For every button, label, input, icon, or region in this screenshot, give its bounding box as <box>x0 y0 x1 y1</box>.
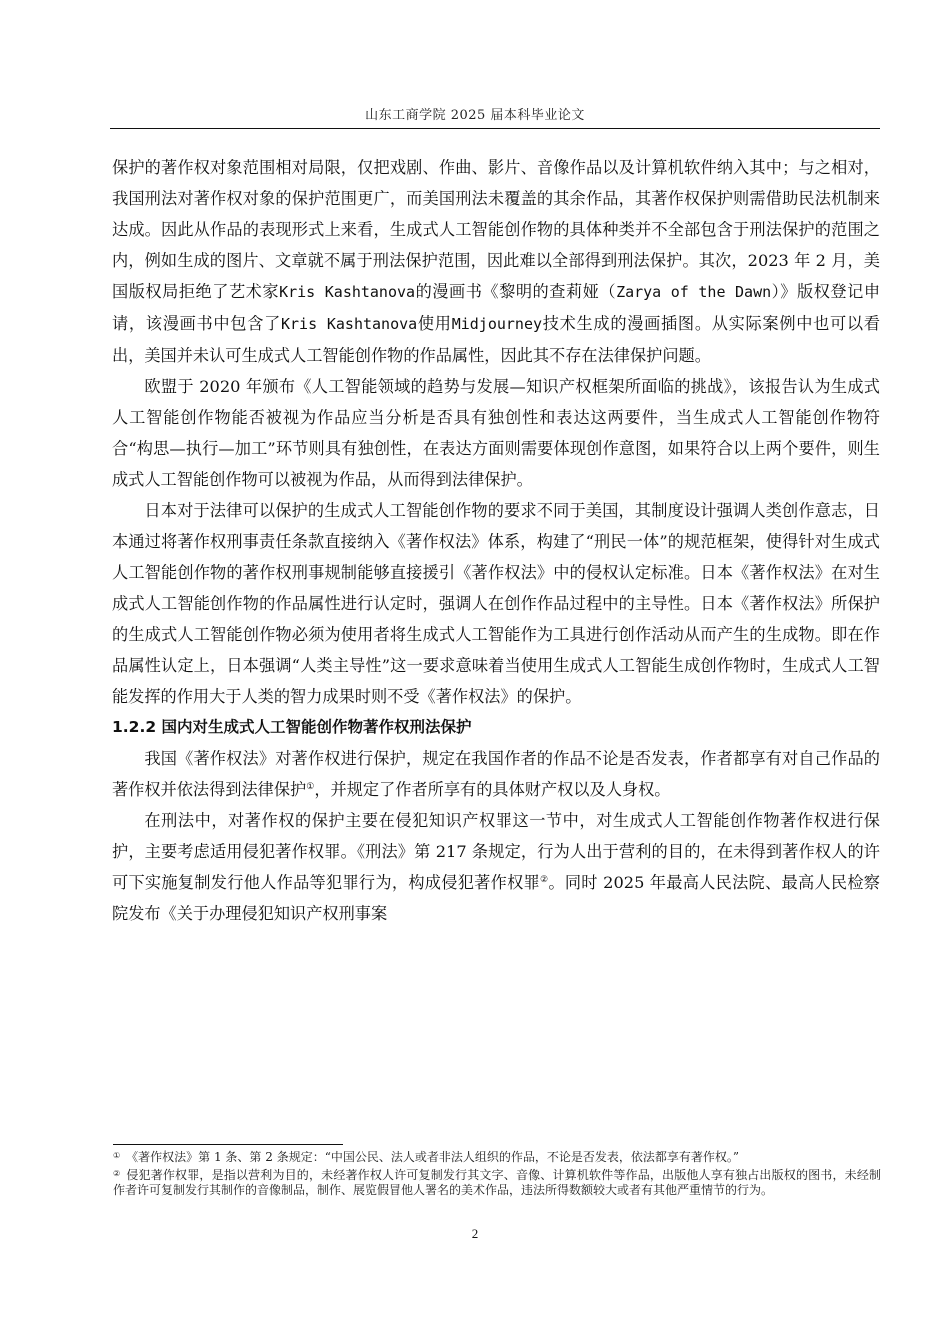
header-rule <box>110 128 880 129</box>
footnote-mark: ② <box>113 1169 120 1178</box>
footnote-text: 《著作权法》第 1 条、第 2 条规定：“中国公民、法人或者非法人组织的作品，不… <box>126 1150 739 1164</box>
paragraph-copyright-law: 我国《著作权法》对著作权进行保护，规定在我国作者的作品不论是否发表，作者都享有对… <box>112 743 880 805</box>
section-heading: 1.2.2 国内对生成式人工智能创作物著作权刑法保护 <box>112 712 880 743</box>
page-number: 2 <box>0 1226 950 1242</box>
footnote-2: ②侵犯著作权罪，是指以营利为目的，未经著作权人许可复制发行其文字、音像、计算机软… <box>113 1166 881 1199</box>
footnotes: ①《著作权法》第 1 条、第 2 条规定：“中国公民、法人或者非法人组织的作品，… <box>113 1148 881 1199</box>
book-title-en: Zarya of the Dawn <box>616 283 771 301</box>
paragraph-japan: 日本对于法律可以保护的生成式人工智能创作物的要求不同于美国，其制度设计强调人类创… <box>112 495 880 712</box>
footnote-mark: ① <box>113 1151 120 1160</box>
paragraph-us-law: 保护的著作权对象范围相对局限，仅把戏剧、作曲、影片、音像作品以及计算机软件纳入其… <box>112 152 880 371</box>
footnote-1: ①《著作权法》第 1 条、第 2 条规定：“中国公民、法人或者非法人组织的作品，… <box>113 1148 881 1166</box>
artist-name: Kris Kashtanova <box>281 315 417 333</box>
paragraph-eu: 欧盟于 2020 年颁布《人工智能领域的趋势与发展—知识产权框架所面临的挑战》，… <box>112 371 880 495</box>
text-run: 使用 <box>417 314 452 333</box>
footnote-text: 侵犯著作权罪，是指以营利为目的，未经著作权人许可复制发行其文字、音像、计算机软件… <box>113 1168 881 1198</box>
text-run: ，并规定了作者所享有的具体财产权以及人身权。 <box>314 780 670 799</box>
tool-name: Midjourney <box>452 315 542 333</box>
paragraph-criminal-law: 在刑法中，对著作权的保护主要在侵犯知识产权罪这一节中，对生成式人工智能创作物著作… <box>112 805 880 929</box>
text-run: 的漫画书《黎明的查莉娅（ <box>415 282 616 301</box>
page-header: 山东工商学院 2025 届本科毕业论文 <box>0 104 950 123</box>
body-text: 保护的著作权对象范围相对局限，仅把戏剧、作曲、影片、音像作品以及计算机软件纳入其… <box>112 152 880 929</box>
artist-name: Kris Kashtanova <box>279 283 415 301</box>
text-run: 保护的著作权对象范围相对局限，仅把戏剧、作曲、影片、音像作品以及计算机软件纳入其… <box>112 158 880 301</box>
footnote-separator <box>113 1144 343 1145</box>
